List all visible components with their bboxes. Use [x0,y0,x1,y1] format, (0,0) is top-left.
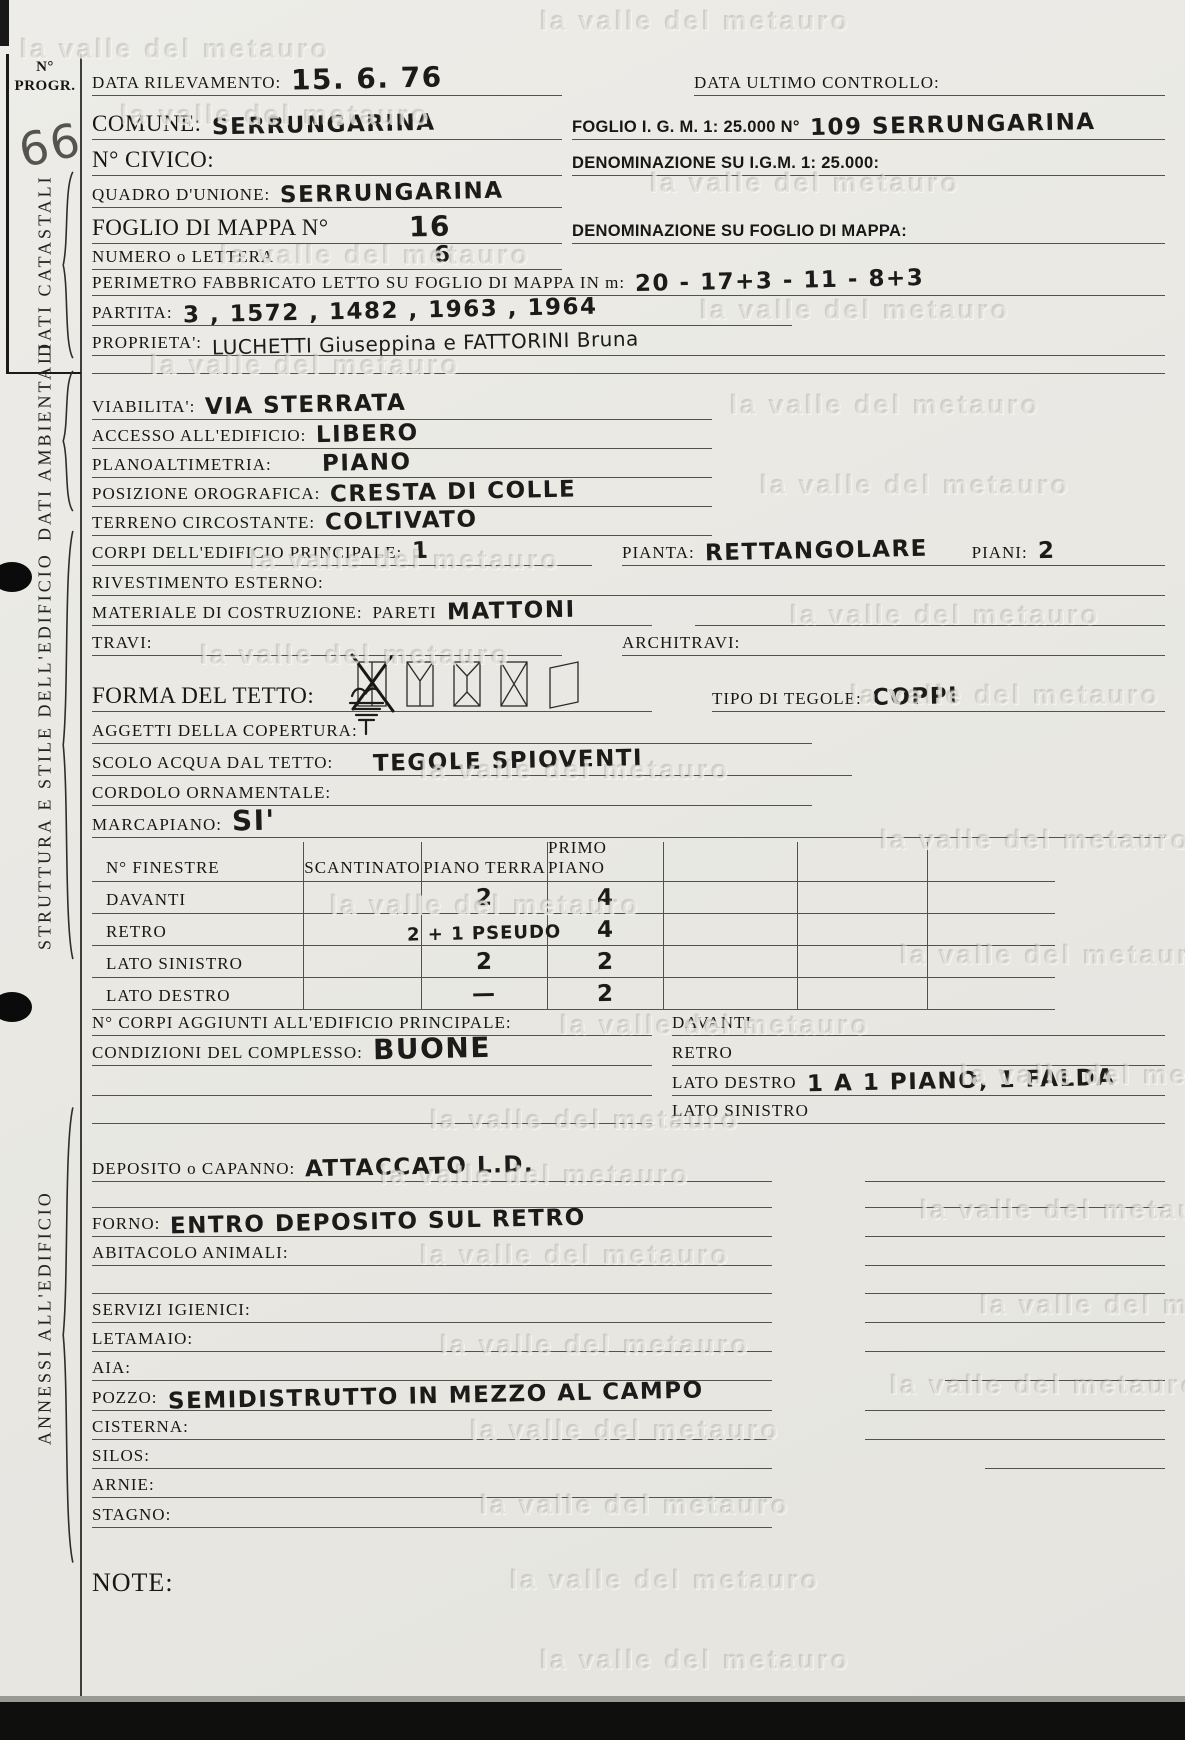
partita-label: PARTITA: [92,303,173,323]
finestre-header: SCANTINATO [304,842,422,882]
brace-struttura [60,522,75,968]
field-rivestimento: RIVESTIMENTO ESTERNO: [92,568,1165,596]
field-planoaltimetria: PLANOALTIMETRIA: PIANO [92,451,712,478]
finestre-cell-empty [798,914,928,946]
progr-value: 66 [14,112,86,178]
scolo-acqua-value: TEGOLE SPIOVENTI [373,748,644,775]
field-data-rilevamento: DATA RILEVAMENTO: 15. 6. 76 [92,56,562,96]
roof-single-pitch-icon [542,659,582,709]
finestre-cell-empty [664,946,798,978]
finestre-cell-empty [928,882,1055,914]
field-foglio-mappa: FOGLIO DI MAPPA N° 16 [92,210,562,244]
denominazione-mappa-label: DENOMINAZIONE SU FOGLIO DI MAPPA: [572,222,907,241]
finestre-cell-empty [664,882,798,914]
tipo-tegole-label: TIPO DI TEGOLE: [712,689,862,709]
finestre-row-label: LATO DESTRO [92,978,304,1010]
field-corpi-edificio: CORPI DELL'EDIFICIO PRINCIPALE: 1 [92,538,592,566]
finestre-cell: — [422,978,548,1010]
pianta-label: PIANTA: [622,543,695,563]
field-materiale: MATERIALE DI COSTRUZIONE: PARETI MATTONI [92,598,652,626]
corpi-edificio-label: CORPI DELL'EDIFICIO PRINCIPALE: [92,543,402,563]
blank-line [865,1383,1165,1411]
terreno-circostante-label: TERRENO CIRCOSTANTE: [92,513,315,533]
field-corpi-davanti: DAVANTI [672,1012,1165,1036]
finestre-table: N° FINESTRE SCANTINATO PIANO TERRA PRIMO… [92,842,1055,1010]
perimetro-label: PERIMETRO FABBRICATO LETTO SU FOGLIO DI … [92,273,625,293]
quadro-unione-label: QUADRO D'UNIONE: [92,185,270,205]
marcapiano-label: MARCAPIANO: [92,815,222,835]
roof-hip-four-pitch-icon [448,659,486,709]
field-perimetro: PERIMETRO FABBRICATO LETTO SU FOGLIO DI … [92,272,1165,296]
field-arnie: ARNIE: [92,1471,772,1498]
section-label-struttura: STRUTTURA E STILE DELL'EDIFICIO [32,558,58,944]
partita-value: 3 , 1572 , 1482 , 1963 , 1964 [182,297,597,328]
field-denominazione-mappa: DENOMINAZIONE SU FOGLIO DI MAPPA: [572,210,1165,244]
corpi-edificio-value: 1 [412,541,430,563]
corpi-retro-label: RETRO [672,1043,733,1063]
viabilita-label: VIABILITA': [92,397,195,417]
field-stagno: STAGNO: [92,1500,772,1528]
forno-value: ENTRO DEPOSITO SUL RETRO [170,1208,586,1239]
watermark-text: la valle del metauro [540,6,851,37]
scan-bottom-bar [0,1702,1185,1740]
field-forno: FORNO: ENTRO DEPOSITO SUL RETRO [92,1210,772,1237]
field-abitacolo: ABITACOLO ANIMALI: [92,1239,772,1266]
finestre-row-label: DAVANTI [92,882,304,914]
finestre-cell-empty [798,978,928,1010]
blank-line [865,1239,1165,1266]
finestre-cell [304,914,422,946]
cornice-sketch [344,684,390,742]
blank-line [695,598,1165,626]
finestre-cell-empty [928,914,1055,946]
field-letamaio: LETAMAIO: [92,1325,772,1352]
blank-line [92,1068,652,1096]
blank-line [92,1184,772,1208]
blank-line [865,1152,1165,1182]
condizioni-value: BUONE [373,1035,491,1064]
field-pozzo: POZZO: SEMIDISTRUTTO IN MEZZO AL CAMPO [92,1383,772,1411]
section-label-dati-ambientali: DATI AMBIENTALI [32,370,58,512]
finestre-cell: 2 [548,946,664,978]
proprieta-value: LUCHETTI Giuseppina e FATTORINI Bruna [212,330,639,358]
blank-line [865,1210,1165,1237]
corpi-lato-sinistro-label: LATO SINISTRO [672,1101,809,1121]
marcapiano-value: SI' [232,808,276,836]
field-travi: TRAVI: [92,628,562,656]
posizione-orografica-value: CRESTA DI COLLE [330,480,577,507]
field-corpi-lato-destro: LATO DESTRO 1 A 1 PIANO, 1 FALDA [672,1068,1165,1096]
finestre-cell-empty [928,946,1055,978]
field-scolo-acqua: SCOLO ACQUA DAL TETTO: TEGOLE SPIOVENTI [92,746,852,776]
brace-annessi [60,1098,75,1572]
perimetro-value: 20 - 17+3 - 11 - 8+3 [635,268,925,296]
finestre-cell-empty [798,882,928,914]
data-rilevamento-label: DATA RILEVAMENTO: [92,73,281,93]
field-cordolo: CORDOLO ORNAMENTALE: [92,778,812,806]
arnie-label: ARNIE: [92,1475,155,1495]
blank-line [92,1098,652,1124]
rivestimento-label: RIVESTIMENTO ESTERNO: [92,573,324,593]
finestre-cell: 2 [422,946,548,978]
materiale-sublabel: PARETI [373,603,437,623]
blank-line [865,1413,1165,1440]
finestre-header: PRIMO PIANO [548,842,664,882]
finestre-cell: 4 [548,914,664,946]
architravi-label: ARCHITRAVI: [622,633,740,653]
blank-line [865,1184,1165,1208]
field-pianta: PIANTA: RETTANGOLARE PIANI: 2 [622,538,1165,566]
field-proprieta: PROPRIETA': LUCHETTI Giuseppina e FATTOR… [92,328,1165,356]
form-body: DATA RILEVAMENTO: 15. 6. 76 DATA ULTIMO … [92,56,1165,1602]
section-label-dati-catastali: DATI CATASTALI [32,175,58,357]
corpi-aggiunti-label: N° CORPI AGGIUNTI ALL'EDIFICIO PRINCIPAL… [92,1013,512,1033]
posizione-orografica-label: POSIZIONE OROGRAFICA: [92,484,320,504]
finestre-cell-empty [664,978,798,1010]
field-note: NOTE: [92,1566,174,1600]
blank-line [92,358,1165,374]
hole-punch [0,992,32,1022]
progr-label: N° PROGR. [9,58,81,96]
forno-label: FORNO: [92,1214,160,1234]
field-terreno-circostante: TERRENO CIRCOSTANTE: COLTIVATO [92,509,712,536]
letamaio-label: LETAMAIO: [92,1329,193,1349]
blank-line [865,1325,1165,1352]
field-condizioni: CONDIZIONI DEL COMPLESSO: BUONE [92,1038,652,1066]
field-tipo-tegole: TIPO DI TEGOLE: COPPI [712,658,1165,712]
field-corpi-lato-sinistro: LATO SINISTRO [672,1098,1165,1124]
n-civico-label: N° CIVICO: [92,147,214,173]
brace-dati-ambientali [60,368,75,514]
field-aia: AIA: [92,1354,772,1381]
pozzo-value: SEMIDISTRUTTO IN MEZZO AL CAMPO [167,1381,703,1414]
travi-label: TRAVI: [92,633,152,653]
finestre-cell [304,978,422,1010]
finestre-cell-empty [664,914,798,946]
field-numero-lettera: NUMERO o LETTERA 6 [92,246,562,270]
foglio-mappa-label: FOGLIO DI MAPPA N° [92,215,329,241]
blank-line [985,1442,1165,1469]
corpi-lato-destro-value: 1 A 1 PIANO, 1 FALDA [806,1068,1115,1096]
field-corpi-retro: RETRO [672,1038,1165,1066]
pianta-value: RETTANGOLARE [704,539,927,566]
deposito-label: DEPOSITO o CAPANNO: [92,1159,295,1179]
blank-line [865,1268,1165,1294]
field-deposito: DEPOSITO o CAPANNO: ATTACCATO L.D. [92,1152,772,1182]
finestre-row-label: LATO SINISTRO [92,946,304,978]
aia-label: AIA: [92,1358,131,1378]
finestre-row-label: RETRO [92,914,304,946]
viabilita-value: VIA STERRATA [205,393,407,419]
finestre-header-empty [798,842,928,882]
finestre-header-empty [664,842,798,882]
finestre-cell [304,946,422,978]
numero-lettera-value: 6 [434,245,452,267]
stagno-label: STAGNO: [92,1505,171,1525]
condizioni-label: CONDIZIONI DEL COMPLESSO: [92,1043,363,1063]
pozzo-label: POZZO: [92,1388,158,1408]
accesso-label: ACCESSO ALL'EDIFICIO: [92,426,306,446]
terreno-circostante-value: COLTIVATO [325,510,478,535]
proprieta-label: PROPRIETA': [92,333,202,353]
finestre-header-empty [928,842,1055,882]
scolo-acqua-label: SCOLO ACQUA DAL TETTO: [92,753,333,773]
blank-line [945,1354,1165,1381]
materiale-label: MATERIALE DI COSTRUZIONE: [92,603,363,623]
denominazione-igm-label: DENOMINAZIONE SU I.G.M. 1: 25.000: [572,154,879,173]
field-silos: SILOS: [92,1442,772,1469]
foglio-mappa-value: 16 [408,214,451,241]
field-n-civico: N° CIVICO: [92,142,562,176]
note-label: NOTE: [92,1568,174,1598]
finestre-cell: 2 [548,978,664,1010]
forma-tetto-label: FORMA DEL TETTO: [92,683,314,709]
field-cisterna: CISTERNA: [92,1413,772,1440]
field-partita: PARTITA: 3 , 1572 , 1482 , 1963 , 1964 [92,298,792,326]
comune-value: SERRUNGARINA [211,113,435,140]
data-rilevamento-value: 15. 6. 76 [291,65,443,95]
piani-label: PIANI: [972,543,1028,563]
accesso-value: LIBERO [316,423,419,447]
foglio-igm-value: 109 SERRUNGARINA [810,112,1096,140]
watermark-text: la valle del metauro [540,1645,851,1676]
corpi-davanti-label: DAVANTI [672,1013,752,1033]
comune-label: COMUNE: [92,111,202,137]
field-comune: COMUNE: SERRUNGARINA [92,98,562,140]
finestre-cell: 2 + 1 PSEUDO [422,914,548,946]
field-denominazione-igm: DENOMINAZIONE SU I.G.M. 1: 25.000: [572,142,1165,176]
finestre-cell: 2 [422,882,548,914]
cisterna-label: CISTERNA: [92,1417,189,1437]
field-viabilita: VIABILITA': VIA STERRATA [92,392,712,420]
section-label-annessi: ANNESSI ALL'EDIFICIO [32,1145,58,1490]
hole-punch [0,562,32,592]
field-foglio-igm: FOGLIO I. G. M. 1: 25.000 N° 109 SERRUNG… [572,98,1165,140]
finestre-cell: 4 [548,882,664,914]
cordolo-label: CORDOLO ORNAMENTALE: [92,783,331,803]
materiale-value: MATTONI [446,600,575,625]
scan-edge-mark [0,0,9,46]
tipo-tegole-value: COPPI [872,686,959,710]
field-posizione-orografica: POSIZIONE OROGRAFICA: CRESTA DI COLLE [92,480,712,507]
blank-line [92,1268,772,1294]
finestre-cell-empty [928,978,1055,1010]
blank-line [865,1296,1165,1323]
servizi-label: SERVIZI IGIENICI: [92,1300,251,1320]
abitacolo-label: ABITACOLO ANIMALI: [92,1243,289,1263]
data-ultimo-controllo-label: DATA ULTIMO CONTROLLO: [694,73,940,93]
field-quadro-unione: QUADRO D'UNIONE: SERRUNGARINA [92,178,562,208]
quadro-unione-value: SERRUNGARINA [280,181,504,208]
deposito-value: ATTACCATO L.D. [305,1155,535,1182]
finestre-header: N° FINESTRE [92,842,304,882]
silos-label: SILOS: [92,1446,150,1466]
aggetti-label: AGGETTI DELLA COPERTURA: [92,721,358,741]
field-accesso: ACCESSO ALL'EDIFICIO: LIBERO [92,422,712,449]
roof-two-pitch-y-icon [401,659,439,709]
field-aggetti: AGGETTI DELLA COPERTURA: [92,714,812,744]
brace-dati-catastali [60,168,75,362]
piani-value: 2 [1037,541,1055,563]
finestre-header: PIANO TERRA [422,842,548,882]
roof-pavilion-x-icon [495,659,533,709]
field-data-ultimo-controllo: DATA ULTIMO CONTROLLO: [694,56,1165,96]
field-marcapiano: MARCAPIANO: SI' [92,808,1165,838]
planoaltimetria-value: PIANO [321,452,411,476]
corpi-lato-destro-label: LATO DESTRO [672,1073,797,1093]
field-architravi: ARCHITRAVI: [622,628,1165,656]
foglio-igm-label: FOGLIO I. G. M. 1: 25.000 N° [572,118,800,137]
finestre-cell [304,882,422,914]
field-servizi: SERVIZI IGIENICI: [92,1296,772,1323]
finestre-cell-empty [798,946,928,978]
numero-lettera-label: NUMERO o LETTERA [92,247,274,267]
planoaltimetria-label: PLANOALTIMETRIA: [92,455,272,475]
